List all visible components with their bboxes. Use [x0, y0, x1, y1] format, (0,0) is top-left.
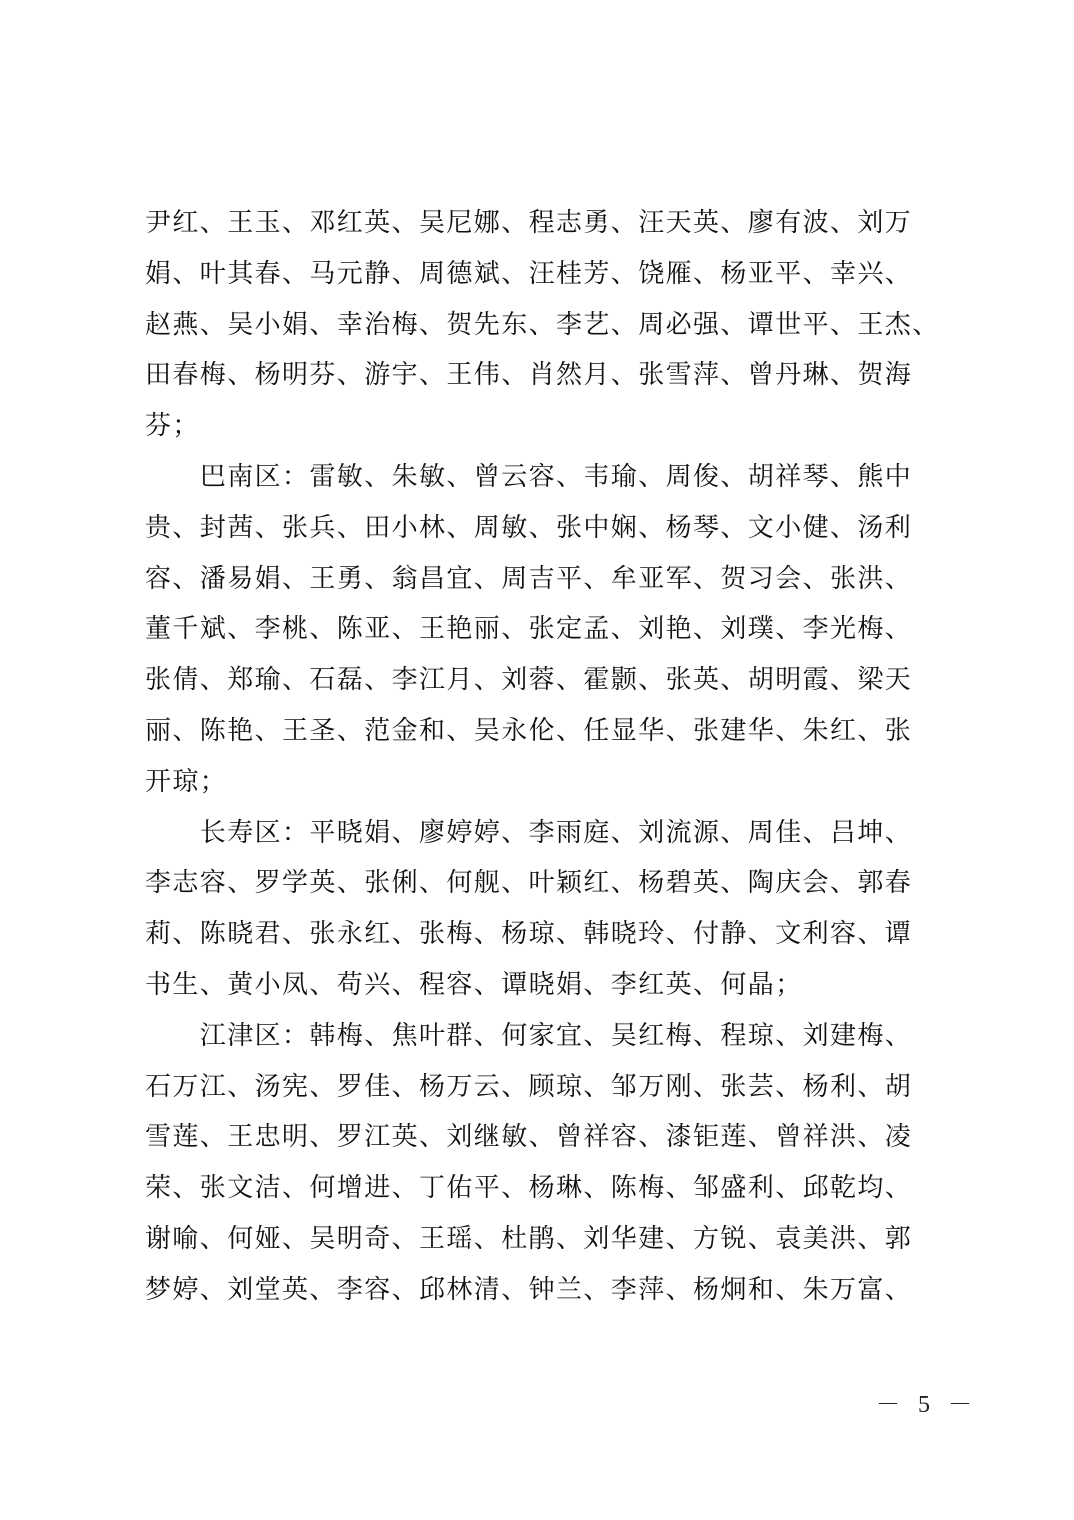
text-line: 赵燕、吴小娟、幸治梅、贺先东、李艺、周必强、谭世平、王杰、 [145, 300, 950, 351]
page-number: － 5 － [876, 1384, 978, 1419]
text-line: 石万江、汤宪、罗佳、杨万云、顾琼、邹万刚、张芸、杨利、胡 [145, 1062, 950, 1113]
text-line: 芬； [145, 401, 950, 452]
text-line: 开琼； [145, 757, 950, 808]
text-line: 荣、张文洁、何增进、丁佑平、杨琳、陈梅、邹盛利、邱乾均、 [145, 1163, 950, 1214]
name-list-body: 尹红、王玉、邓红英、吴尼娜、程志勇、汪天英、廖有波、刘万 娟、叶其春、马元静、周… [145, 198, 950, 1316]
document-page: 尹红、王玉、邓红英、吴尼娜、程志勇、汪天英、廖有波、刘万 娟、叶其春、马元静、周… [0, 0, 1074, 1520]
text-line: 丽、陈艳、王圣、范金和、吴永伦、任显华、张建华、朱红、张 [145, 706, 950, 757]
text-line: 董千斌、李桃、陈亚、王艳丽、张定孟、刘艳、刘璞、李光梅、 [145, 604, 950, 655]
district-heading-line-banan: 巴南区：雷敏、朱敏、曾云容、韦瑜、周俊、胡祥琴、熊中 [145, 452, 950, 503]
text-line: 田春梅、杨明芬、游宇、王伟、肖然月、张雪萍、曾丹琳、贺海 [145, 350, 950, 401]
text-line: 李志容、罗学英、张俐、何舰、叶颖红、杨碧英、陶庆会、郭春 [145, 858, 950, 909]
text-line: 贵、封茜、张兵、田小林、周敏、张中娴、杨琴、文小健、汤利 [145, 503, 950, 554]
text-line: 梦婷、刘堂英、李容、邱林清、钟兰、李萍、杨炯和、朱万富、 [145, 1265, 950, 1316]
district-heading-line-changshou: 长寿区：平晓娟、廖婷婷、李雨庭、刘流源、周佳、吕坤、 [145, 808, 950, 859]
text-line: 莉、陈晓君、张永红、张梅、杨琼、韩晓玲、付静、文利容、谭 [145, 909, 950, 960]
text-line: 张倩、郑瑜、石磊、李江月、刘蓉、霍颢、张英、胡明霞、梁天 [145, 655, 950, 706]
text-line: 雪莲、王忠明、罗江英、刘继敏、曾祥容、漆钜莲、曾祥洪、凌 [145, 1112, 950, 1163]
text-line: 容、潘易娟、王勇、翁昌宜、周吉平、牟亚军、贺习会、张洪、 [145, 554, 950, 605]
text-line: 谢喻、何娅、吴明奇、王瑶、杜鹃、刘华建、方锐、袁美洪、郭 [145, 1214, 950, 1265]
text-line: 书生、黄小凤、苟兴、程容、谭晓娟、李红英、何晶； [145, 960, 950, 1011]
district-heading-line-jiangjin: 江津区：韩梅、焦叶群、何家宜、吴红梅、程琼、刘建梅、 [145, 1011, 950, 1062]
text-line: 尹红、王玉、邓红英、吴尼娜、程志勇、汪天英、廖有波、刘万 [145, 198, 950, 249]
text-line: 娟、叶其春、马元静、周德斌、汪桂芳、饶雁、杨亚平、幸兴、 [145, 249, 950, 300]
